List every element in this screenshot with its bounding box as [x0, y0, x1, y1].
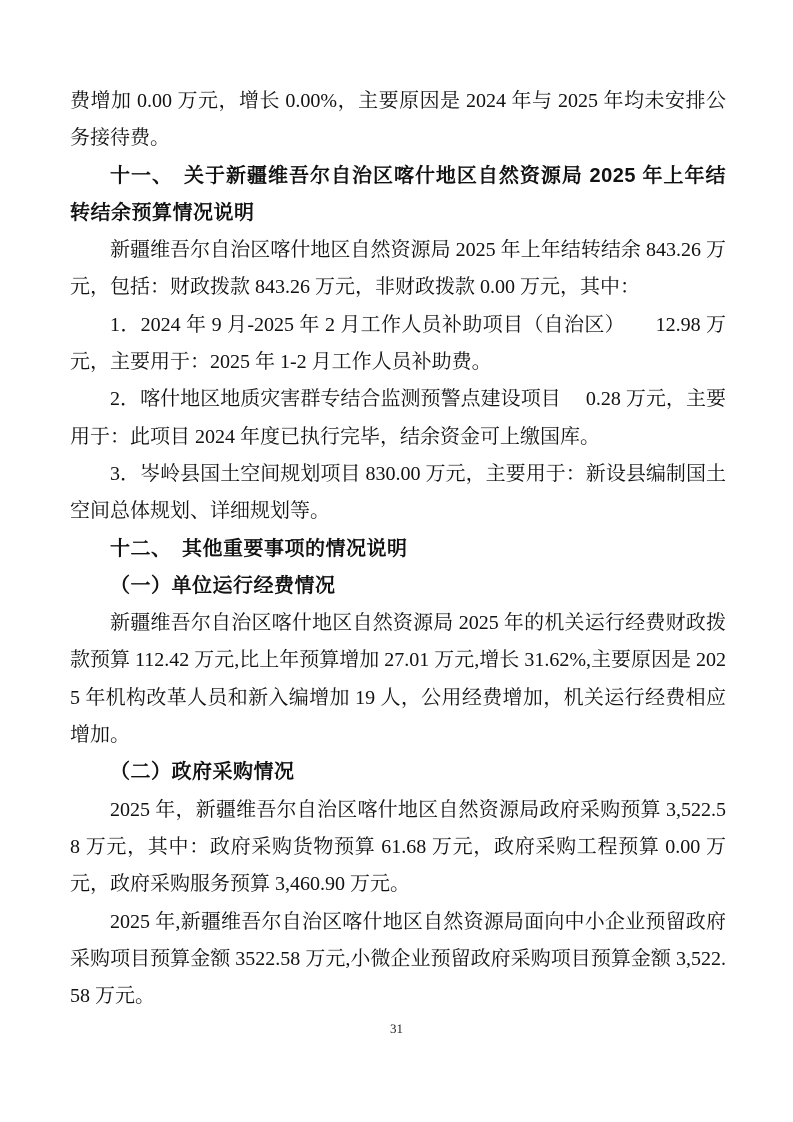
paragraph-carryover-summary: 新疆维吾尔自治区喀什地区自然资源局 2025 年上年结转结余 843.26 万元… — [70, 232, 726, 307]
heading-section-eleven-carryover-budget: 十一、 关于新疆维吾尔自治区喀什地区自然资源局 2025 年上年结转结余预算情况… — [70, 158, 726, 233]
heading-section-twelve-other-matters: 十二、 其他重要事项的情况说明 — [70, 531, 726, 568]
list-item-3-territorial-planning-project: 3．岑岭县国土空间规划项目 830.00 万元，主要用于：新设县编制国土空间总体… — [70, 456, 726, 531]
document-page: 费增加 0.00 万元，增长 0.00%，主要原因是 2024 年与 2025 … — [0, 0, 793, 1122]
list-item-2-geohazard-monitoring-project: 2．喀什地区地质灾害群专结合监测预警点建设项目 0.28 万元，主要用于：此项目… — [70, 381, 726, 456]
page-footer: 31 — [0, 1021, 793, 1037]
paragraph-sme-reserved-procurement: 2025 年,新疆维吾尔自治区喀什地区自然资源局面向中小企业预留政府采购项目预算… — [70, 904, 726, 1016]
document-body: 费增加 0.00 万元，增长 0.00%，主要原因是 2024 年与 2025 … — [70, 83, 726, 1015]
page-number: 31 — [390, 1021, 403, 1036]
paragraph-procurement-budget-detail: 2025 年，新疆维吾尔自治区喀什地区自然资源局政府采购预算 3,522.58 … — [70, 792, 726, 904]
paragraph-operating-expenses-detail: 新疆维吾尔自治区喀什地区自然资源局 2025 年的机关运行经费财政拨款预算 11… — [70, 605, 726, 754]
heading-subsection-1-operating-expenses: （一）单位运行经费情况 — [70, 568, 726, 605]
list-item-1-staff-subsidy-project: 1．2024 年 9 月-2025 年 2 月工作人员补助项目（自治区） 12.… — [70, 307, 726, 382]
heading-subsection-2-government-procurement: （二）政府采购情况 — [70, 754, 726, 791]
paragraph-official-reception-expense-continued: 费增加 0.00 万元，增长 0.00%，主要原因是 2024 年与 2025 … — [70, 83, 726, 158]
